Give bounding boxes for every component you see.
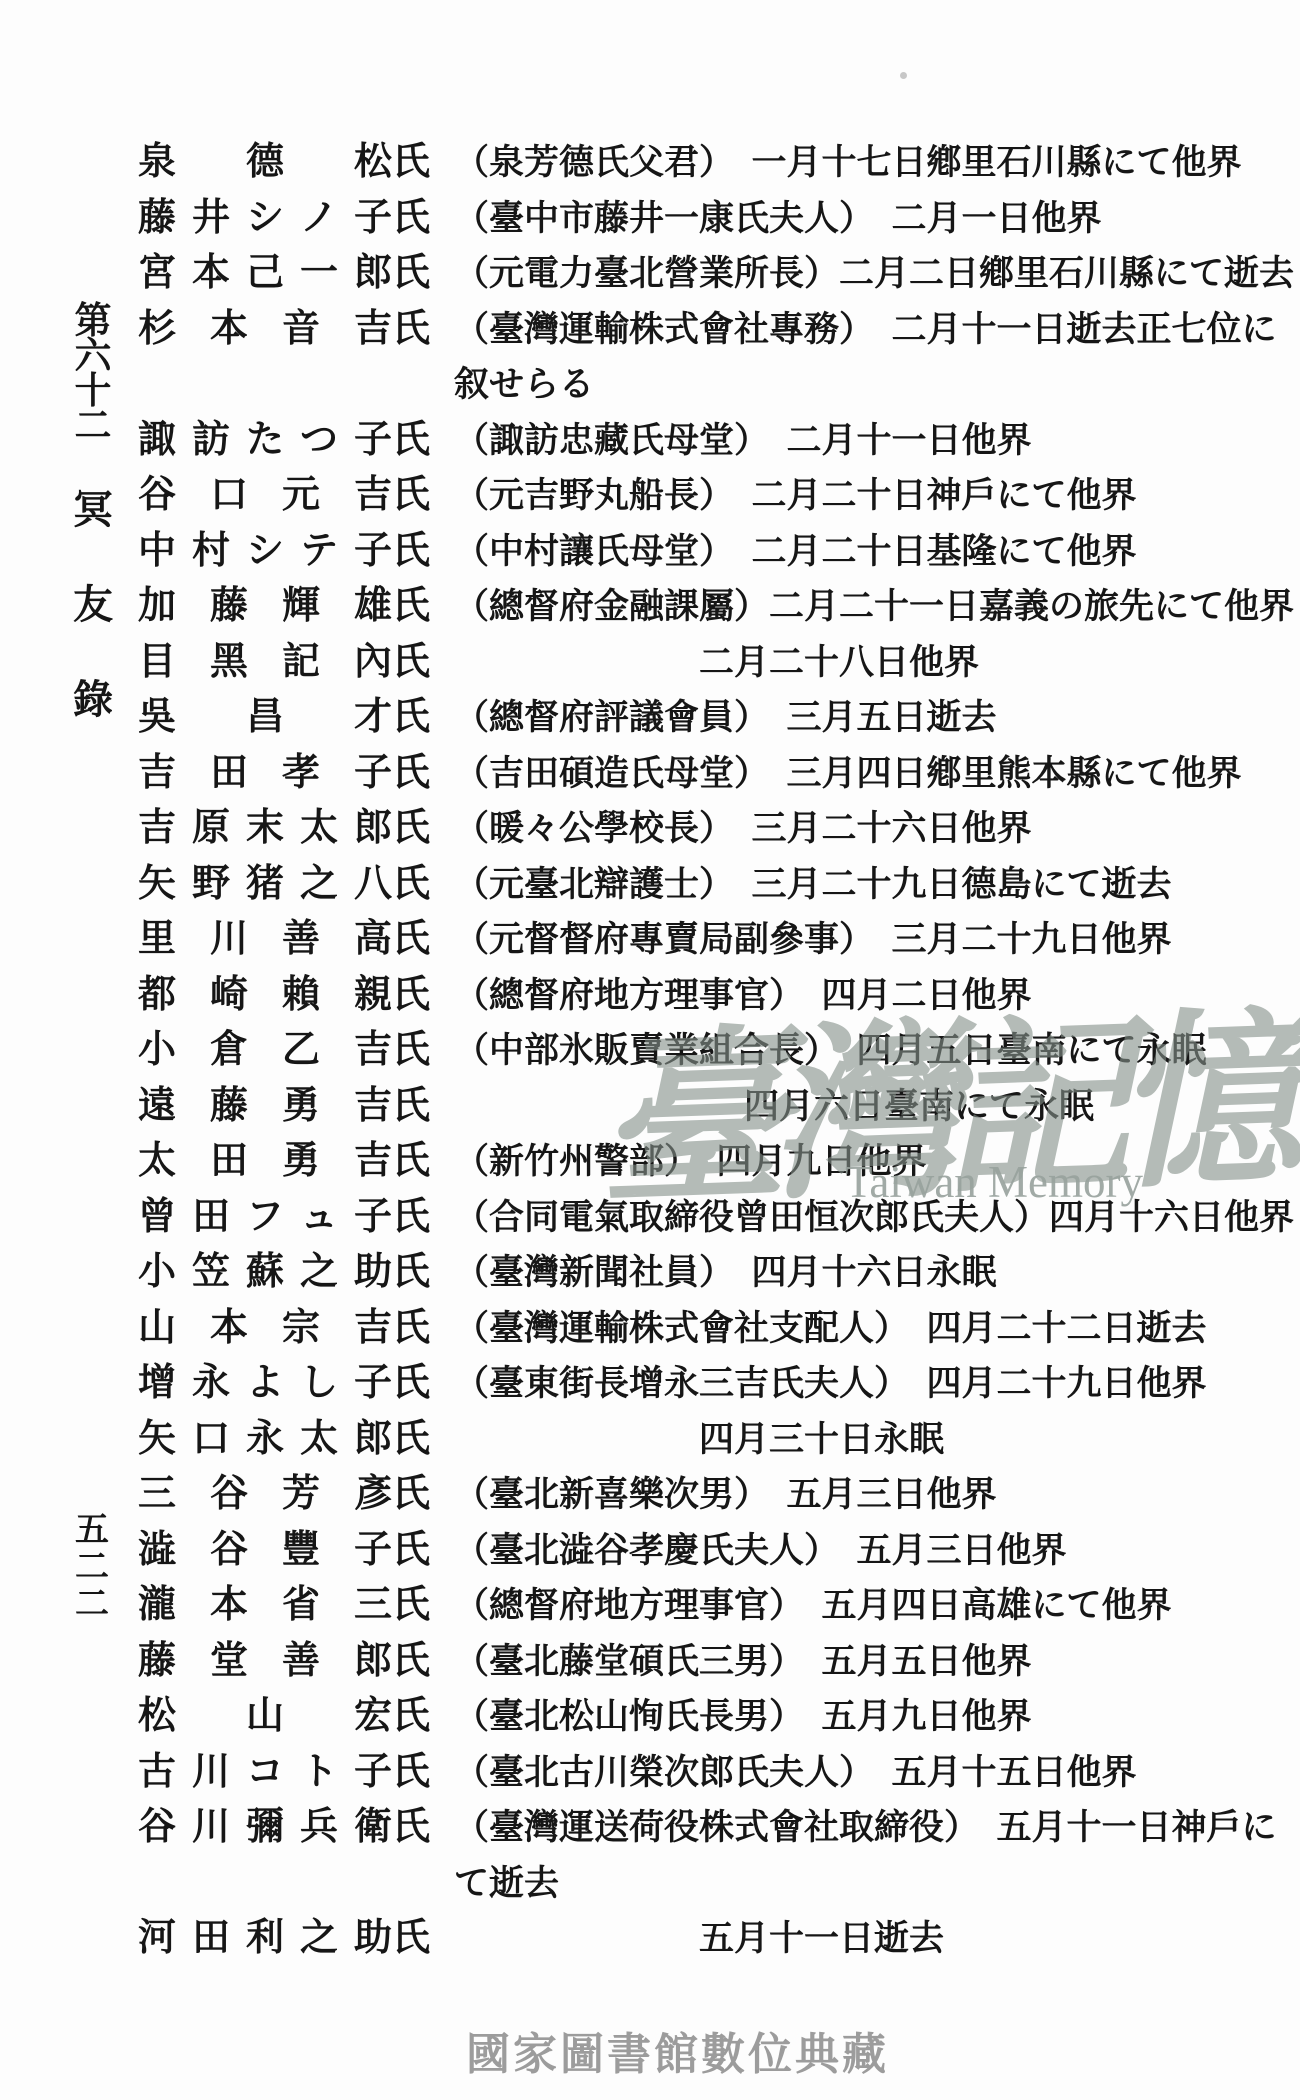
obituary-entry: 小笠蘇之助氏（臺灣新聞社員） 四月十六日永眠 (138, 1245, 1262, 1301)
obituary-entry: 吉田孝子氏（吉田碩造氏母堂） 三月四日鄕里熊本縣にて他界 (138, 746, 1262, 802)
obituary-entry: 目黑記內氏二月二十八日他界 (138, 635, 1262, 691)
deceased-name: 小倉乙吉氏 (138, 1023, 430, 1079)
name-char: 己 (246, 246, 284, 302)
name-char: 郎氏 (354, 1634, 430, 1690)
obituary-list: 泉德松氏（泉芳德氏父君） 一月十七日鄕里石川縣にて他界藤井シノ子氏（臺中市藤井一… (138, 135, 1262, 1967)
name-char: 田 (192, 1190, 230, 1246)
name-char: 矢 (138, 1412, 176, 1468)
name-char: 諏 (138, 413, 176, 469)
obituary-entry: 里川善高氏（元督督府專賣局副參事） 三月二十九日他界 (138, 912, 1262, 968)
deceased-name: 太田勇吉氏 (138, 1134, 430, 1190)
name-char: 子氏 (354, 413, 430, 469)
entry-detail: （總督府金融課屬）二月二十一日嘉義の旅先にて他界 (454, 579, 1294, 635)
obituary-entry: 矢野猪之八氏（元臺北辯護士） 三月二十九日德島にて逝去 (138, 857, 1262, 913)
deceased-name: 藤堂善郎氏 (138, 1634, 430, 1690)
deceased-name: 古川コト子氏 (138, 1745, 430, 1801)
name-char: た (246, 413, 284, 469)
entry-detail-continuation: 叙せらる (454, 357, 1262, 413)
name-char: 藤 (210, 579, 248, 635)
name-char: 井 (192, 191, 230, 247)
name-char: 之 (300, 857, 338, 913)
obituary-entry: 曾田フュ子氏（合同電氣取締役曾田恒次郎氏夫人）四月十六日他界 (138, 1190, 1262, 1246)
name-char: 原 (192, 801, 230, 857)
name-char: 三 (138, 1467, 176, 1523)
obituary-entry: 泉德松氏（泉芳德氏父君） 一月十七日鄕里石川縣にて他界 (138, 135, 1262, 191)
entry-detail: （臺東街長增永三吉氏夫人） 四月二十九日他界 (454, 1356, 1262, 1412)
name-char: 子氏 (354, 1190, 430, 1246)
volume-char: 第 (75, 304, 112, 339)
name-char: 彥氏 (354, 1467, 430, 1523)
name-char: コ (246, 1745, 284, 1801)
name-char: 吉 (138, 746, 176, 802)
entry-detail: （暖々公學校長） 三月二十六日他界 (454, 801, 1262, 857)
entry-detail: （中部氷販賣業組合長） 四月五日臺南にて永眠 (454, 1023, 1262, 1079)
entry-detail: （臺灣新聞社員） 四月十六日永眠 (454, 1245, 1262, 1301)
obituary-entry: 杉本音吉氏（臺灣運輸株式會社專務） 二月十一日逝去正七位に (138, 302, 1262, 358)
name-char: 古 (138, 1745, 176, 1801)
name-char: 本 (210, 302, 248, 358)
deceased-name: 目黑記內氏 (138, 635, 430, 691)
entry-detail: （元電力臺北營業所長）二月二日鄕里石川縣にて逝去 (454, 246, 1294, 302)
name-char: よ (246, 1356, 284, 1412)
entry-detail: （元督督府專賣局副參事） 三月二十九日他界 (454, 912, 1262, 968)
obituary-entry: 遠藤勇吉氏四月六日臺南にて永眠 (138, 1079, 1262, 1135)
entry-detail: 五月十一日逝去 (454, 1911, 1262, 1967)
name-char: 杉 (138, 302, 176, 358)
entry-detail: （臺中市藤井一康氏夫人） 二月一日他界 (454, 191, 1262, 247)
entry-detail: （臺北松山恂氏長男） 五月九日他界 (454, 1689, 1262, 1745)
name-char: 兵 (300, 1800, 338, 1856)
name-char: 宗 (282, 1301, 320, 1357)
entry-detail: （元臺北辯護士） 三月二十九日德島にて逝去 (454, 857, 1262, 913)
name-char: 芳 (282, 1467, 320, 1523)
obituary-entry-continuation: 叙せらる (138, 357, 1262, 413)
deceased-name: 曾田フュ子氏 (138, 1190, 430, 1246)
page-number-char: 五 (75, 1512, 109, 1549)
name-char: 郎氏 (354, 1412, 430, 1468)
name-char: シ (246, 191, 284, 247)
entry-detail-continuation: て逝去 (454, 1856, 1262, 1912)
name-char: 孝 (282, 746, 320, 802)
name-char: 高氏 (354, 912, 430, 968)
deceased-name: 谷口元吉氏 (138, 468, 430, 524)
section-title-char: 友 (73, 557, 113, 652)
entry-detail: 二月二十八日他界 (454, 635, 1262, 691)
name-char: 本 (192, 246, 230, 302)
obituary-entry: 吳昌才氏（總督府評議會員） 三月五日逝去 (138, 690, 1262, 746)
obituary-entry: 加藤輝雄氏（總督府金融課屬）二月二十一日嘉義の旅先にて他界 (138, 579, 1262, 635)
name-char: 村 (192, 524, 230, 580)
entry-detail: （元吉野丸船長） 二月二十日神戶にて他界 (454, 468, 1262, 524)
obituary-entry: 澁谷豐子氏（臺北澁谷孝慶氏夫人） 五月三日他界 (138, 1523, 1262, 1579)
deceased-name: 加藤輝雄氏 (138, 579, 430, 635)
obituary-entry: 三谷芳彥氏（臺北新喜樂次男） 五月三日他界 (138, 1467, 1262, 1523)
obituary-entry: 瀧本省三氏（總督府地方理事官） 五月四日高雄にて他界 (138, 1578, 1262, 1634)
name-char: ュ (300, 1190, 338, 1246)
name-char: 太 (300, 801, 338, 857)
name-char: 藤 (210, 1079, 248, 1135)
scanned-document-page: 第六十二 冥友錄 五二二 泉德松氏（泉芳德氏父君） 一月十七日鄕里石川縣にて他界… (0, 0, 1300, 2100)
name-char: 口 (210, 468, 248, 524)
deceased-name: 松山宏氏 (138, 1689, 430, 1745)
name-char: 吳 (138, 690, 176, 746)
obituary-entry: 中村シテ子氏（中村讓氏母堂） 二月二十日基隆にて他界 (138, 524, 1262, 580)
entry-detail: （總督府地方理事官） 五月四日高雄にて他界 (454, 1578, 1262, 1634)
name-char: 利 (246, 1911, 284, 1967)
name-char: 吉氏 (354, 302, 430, 358)
obituary-entry: 谷川彌兵衛氏（臺灣運送荷役株式會社取締役） 五月十一日神戶に (138, 1800, 1262, 1856)
name-char: 谷 (138, 468, 176, 524)
deceased-name: 諏訪たつ子氏 (138, 413, 430, 469)
section-title-char: 錄 (73, 652, 113, 747)
name-char: 谷 (210, 1523, 248, 1579)
name-char: 山 (138, 1301, 176, 1357)
entry-detail: （總督府地方理事官） 四月二日他界 (454, 968, 1262, 1024)
name-char: シ (246, 524, 284, 580)
name-char: 訪 (192, 413, 230, 469)
name-char: 子氏 (354, 1356, 430, 1412)
obituary-entry: 都崎賴親氏（總督府地方理事官） 四月二日他界 (138, 968, 1262, 1024)
entry-detail: （臺灣運輸株式會社專務） 二月十一日逝去正七位に (454, 302, 1277, 358)
name-char: 賴 (282, 968, 320, 1024)
obituary-entry: 吉原末太郎氏（暖々公學校長） 三月二十六日他界 (138, 801, 1262, 857)
deceased-name: 泉德松氏 (138, 135, 430, 191)
obituary-entry: 太田勇吉氏（新竹州警部） 四月九日他界 (138, 1134, 1262, 1190)
deceased-name: 吳昌才氏 (138, 690, 430, 746)
obituary-entry: 河田利之助氏五月十一日逝去 (138, 1911, 1262, 1967)
name-char: 目 (138, 635, 176, 691)
name-char: 田 (210, 746, 248, 802)
name-char: 野 (192, 857, 230, 913)
name-char: 彌 (246, 1800, 284, 1856)
obituary-entry: 宮本己一郎氏（元電力臺北營業所長）二月二日鄕里石川縣にて逝去 (138, 246, 1262, 302)
name-char: し (300, 1356, 338, 1412)
name-char: 崎 (210, 968, 248, 1024)
name-char: 吉氏 (354, 1301, 430, 1357)
deceased-name: 吉原末太郎氏 (138, 801, 430, 857)
name-char: 猪 (246, 857, 284, 913)
scan-speck (900, 72, 907, 79)
name-char: 吉氏 (354, 468, 430, 524)
name-char: 蘇 (246, 1245, 284, 1301)
volume-char: 六 (75, 339, 112, 374)
name-char: 吉氏 (354, 1023, 430, 1079)
name-char: 矢 (138, 857, 176, 913)
name-char: 河 (138, 1911, 176, 1967)
obituary-entry: 山本宗吉氏（臺灣運輸株式會社支配人） 四月二十二日逝去 (138, 1301, 1262, 1357)
name-char: 太 (138, 1134, 176, 1190)
archive-footer-label: 國家圖書館數位典藏 (466, 2018, 889, 2082)
name-char: 郎氏 (354, 246, 430, 302)
name-char: 三氏 (354, 1578, 430, 1634)
name-char: 松氏 (354, 135, 430, 191)
name-char: 昌 (246, 690, 284, 746)
name-char: 吉氏 (354, 1134, 430, 1190)
name-char: 記 (282, 635, 320, 691)
entry-detail: （臺北藤堂碩氏三男） 五月五日他界 (454, 1634, 1262, 1690)
volume-char: 十 (75, 374, 112, 409)
name-char: 小 (138, 1023, 176, 1079)
entry-detail: （泉芳德氏父君） 一月十七日鄕里石川縣にて他界 (454, 135, 1262, 191)
name-char: テ (300, 524, 338, 580)
deceased-name: 中村シテ子氏 (138, 524, 430, 580)
name-char: 川 (192, 1800, 230, 1856)
name-char: 中 (138, 524, 176, 580)
name-char: 親氏 (354, 968, 430, 1024)
deceased-name: 遠藤勇吉氏 (138, 1079, 430, 1135)
name-char: 子氏 (354, 191, 430, 247)
deceased-name: 澁谷豐子氏 (138, 1523, 430, 1579)
name-char: 輝 (282, 579, 320, 635)
name-char: 八氏 (354, 857, 430, 913)
name-char: 音 (282, 302, 320, 358)
obituary-entry: 增永よし子氏（臺東街長增永三吉氏夫人） 四月二十九日他界 (138, 1356, 1262, 1412)
name-char: 宏氏 (354, 1689, 430, 1745)
name-char: 子氏 (354, 1523, 430, 1579)
name-char: 藤 (138, 1634, 176, 1690)
obituary-entry: 松山宏氏（臺北松山恂氏長男） 五月九日他界 (138, 1689, 1262, 1745)
entry-detail: （吉田碩造氏母堂） 三月四日鄕里熊本縣にて他界 (454, 746, 1262, 802)
name-char: 子氏 (354, 746, 430, 802)
name-char: 乙 (282, 1023, 320, 1079)
name-char: 小 (138, 1245, 176, 1301)
name-char: 松 (138, 1689, 176, 1745)
deceased-name: 矢野猪之八氏 (138, 857, 430, 913)
section-title-char: 冥 (73, 462, 113, 557)
obituary-entry: 藤井シノ子氏（臺中市藤井一康氏夫人） 二月一日他界 (138, 191, 1262, 247)
deceased-name: 吉田孝子氏 (138, 746, 430, 802)
name-char: 笠 (192, 1245, 230, 1301)
section-title: 冥友錄 (71, 462, 115, 747)
entry-detail: （臺北新喜樂次男） 五月三日他界 (454, 1467, 1262, 1523)
name-char: 元 (282, 468, 320, 524)
name-char: 子氏 (354, 1745, 430, 1801)
entry-detail: （諏訪忠藏氏母堂） 二月十一日他界 (454, 413, 1262, 469)
name-char: 宮 (138, 246, 176, 302)
name-char: 永 (192, 1356, 230, 1412)
deceased-name: 增永よし子氏 (138, 1356, 430, 1412)
entry-detail: （臺灣運輸株式會社支配人） 四月二十二日逝去 (454, 1301, 1262, 1357)
name-char: 加 (138, 579, 176, 635)
name-char: 才氏 (354, 690, 430, 746)
deceased-name: 山本宗吉氏 (138, 1301, 430, 1357)
name-char: 本 (210, 1578, 248, 1634)
name-char: 增 (138, 1356, 176, 1412)
name-char: 子氏 (354, 524, 430, 580)
name-char: 一 (300, 246, 338, 302)
entry-detail: 四月三十日永眠 (454, 1412, 1262, 1468)
name-char: 谷 (210, 1467, 248, 1523)
name-char: 助氏 (354, 1911, 430, 1967)
deceased-name: 杉本音吉氏 (138, 302, 430, 358)
name-char: 勇 (282, 1079, 320, 1135)
obituary-entry: 古川コト子氏（臺北古川榮次郎氏夫人） 五月十五日他界 (138, 1745, 1262, 1801)
name-char: 郎氏 (354, 801, 430, 857)
name-char: 澁 (138, 1523, 176, 1579)
name-char: 口 (192, 1412, 230, 1468)
name-char: 曾 (138, 1190, 176, 1246)
name-char: 內氏 (354, 635, 430, 691)
name-char: 田 (192, 1911, 230, 1967)
name-char: 泉 (138, 135, 176, 191)
page-number: 五二二 (74, 1512, 110, 1623)
entry-detail: 四月六日臺南にて永眠 (454, 1079, 1262, 1135)
entry-detail: （臺北古川榮次郎氏夫人） 五月十五日他界 (454, 1745, 1262, 1801)
name-char: 之 (300, 1911, 338, 1967)
name-char: 吉 (138, 801, 176, 857)
obituary-entry-continuation: て逝去 (138, 1856, 1262, 1912)
name-char: 川 (210, 912, 248, 968)
name-char: 省 (282, 1578, 320, 1634)
volume-label: 第六十二 (71, 304, 115, 444)
obituary-entry: 諏訪たつ子氏（諏訪忠藏氏母堂） 二月十一日他界 (138, 413, 1262, 469)
deceased-name: 矢口永太郎氏 (138, 1412, 430, 1468)
deceased-name: 三谷芳彥氏 (138, 1467, 430, 1523)
name-char: フ (246, 1190, 284, 1246)
deceased-name: 河田利之助氏 (138, 1911, 430, 1967)
entry-detail: （臺灣運送荷役株式會社取締役） 五月十一日神戶に (454, 1800, 1277, 1856)
name-char: ノ (300, 191, 338, 247)
obituary-entry: 谷口元吉氏（元吉野丸船長） 二月二十日神戶にて他界 (138, 468, 1262, 524)
name-char: 谷 (138, 1800, 176, 1856)
name-char: 雄氏 (354, 579, 430, 635)
name-char: ト (300, 1745, 338, 1801)
name-char: 本 (210, 1301, 248, 1357)
name-char: 助氏 (354, 1245, 430, 1301)
name-char: 倉 (210, 1023, 248, 1079)
name-char: 德 (246, 135, 284, 191)
name-char: 川 (192, 1745, 230, 1801)
name-char: 永 (246, 1412, 284, 1468)
name-char: 堂 (210, 1634, 248, 1690)
name-char: 田 (210, 1134, 248, 1190)
page-number-char: 二 (75, 1549, 109, 1586)
obituary-entry: 矢口永太郎氏四月三十日永眠 (138, 1412, 1262, 1468)
name-char: 末 (246, 801, 284, 857)
deceased-name: 宮本己一郎氏 (138, 246, 430, 302)
name-char: 衛氏 (354, 1800, 430, 1856)
name-char: 吉氏 (354, 1079, 430, 1135)
name-char: 勇 (282, 1134, 320, 1190)
entry-detail: （中村讓氏母堂） 二月二十日基隆にて他界 (454, 524, 1262, 580)
entry-detail: （臺北澁谷孝慶氏夫人） 五月三日他界 (454, 1523, 1262, 1579)
entry-detail: （合同電氣取締役曾田恒次郎氏夫人）四月十六日他界 (454, 1190, 1294, 1246)
name-char: 瀧 (138, 1578, 176, 1634)
name-char: 太 (300, 1412, 338, 1468)
deceased-name: 谷川彌兵衛氏 (138, 1800, 430, 1856)
name-char: 山 (246, 1689, 284, 1745)
name-char: 豐 (282, 1523, 320, 1579)
entry-detail: （新竹州警部） 四月九日他界 (454, 1134, 1262, 1190)
deceased-name: 瀧本省三氏 (138, 1578, 430, 1634)
name-char: 遠 (138, 1079, 176, 1135)
deceased-name: 里川善高氏 (138, 912, 430, 968)
deceased-name: 都崎賴親氏 (138, 968, 430, 1024)
page-number-char: 二 (75, 1586, 109, 1623)
volume-char: 二 (75, 409, 112, 444)
obituary-entry: 小倉乙吉氏（中部氷販賣業組合長） 四月五日臺南にて永眠 (138, 1023, 1262, 1079)
deceased-name: 藤井シノ子氏 (138, 191, 430, 247)
name-char: 善 (282, 1634, 320, 1690)
obituary-entry: 藤堂善郎氏（臺北藤堂碩氏三男） 五月五日他界 (138, 1634, 1262, 1690)
name-char: 黑 (210, 635, 248, 691)
name-char: 都 (138, 968, 176, 1024)
name-char: 善 (282, 912, 320, 968)
name-char: つ (300, 413, 338, 469)
name-char: 藤 (138, 191, 176, 247)
name-char: 里 (138, 912, 176, 968)
deceased-name: 小笠蘇之助氏 (138, 1245, 430, 1301)
entry-detail: （總督府評議會員） 三月五日逝去 (454, 690, 1262, 746)
name-char: 之 (300, 1245, 338, 1301)
